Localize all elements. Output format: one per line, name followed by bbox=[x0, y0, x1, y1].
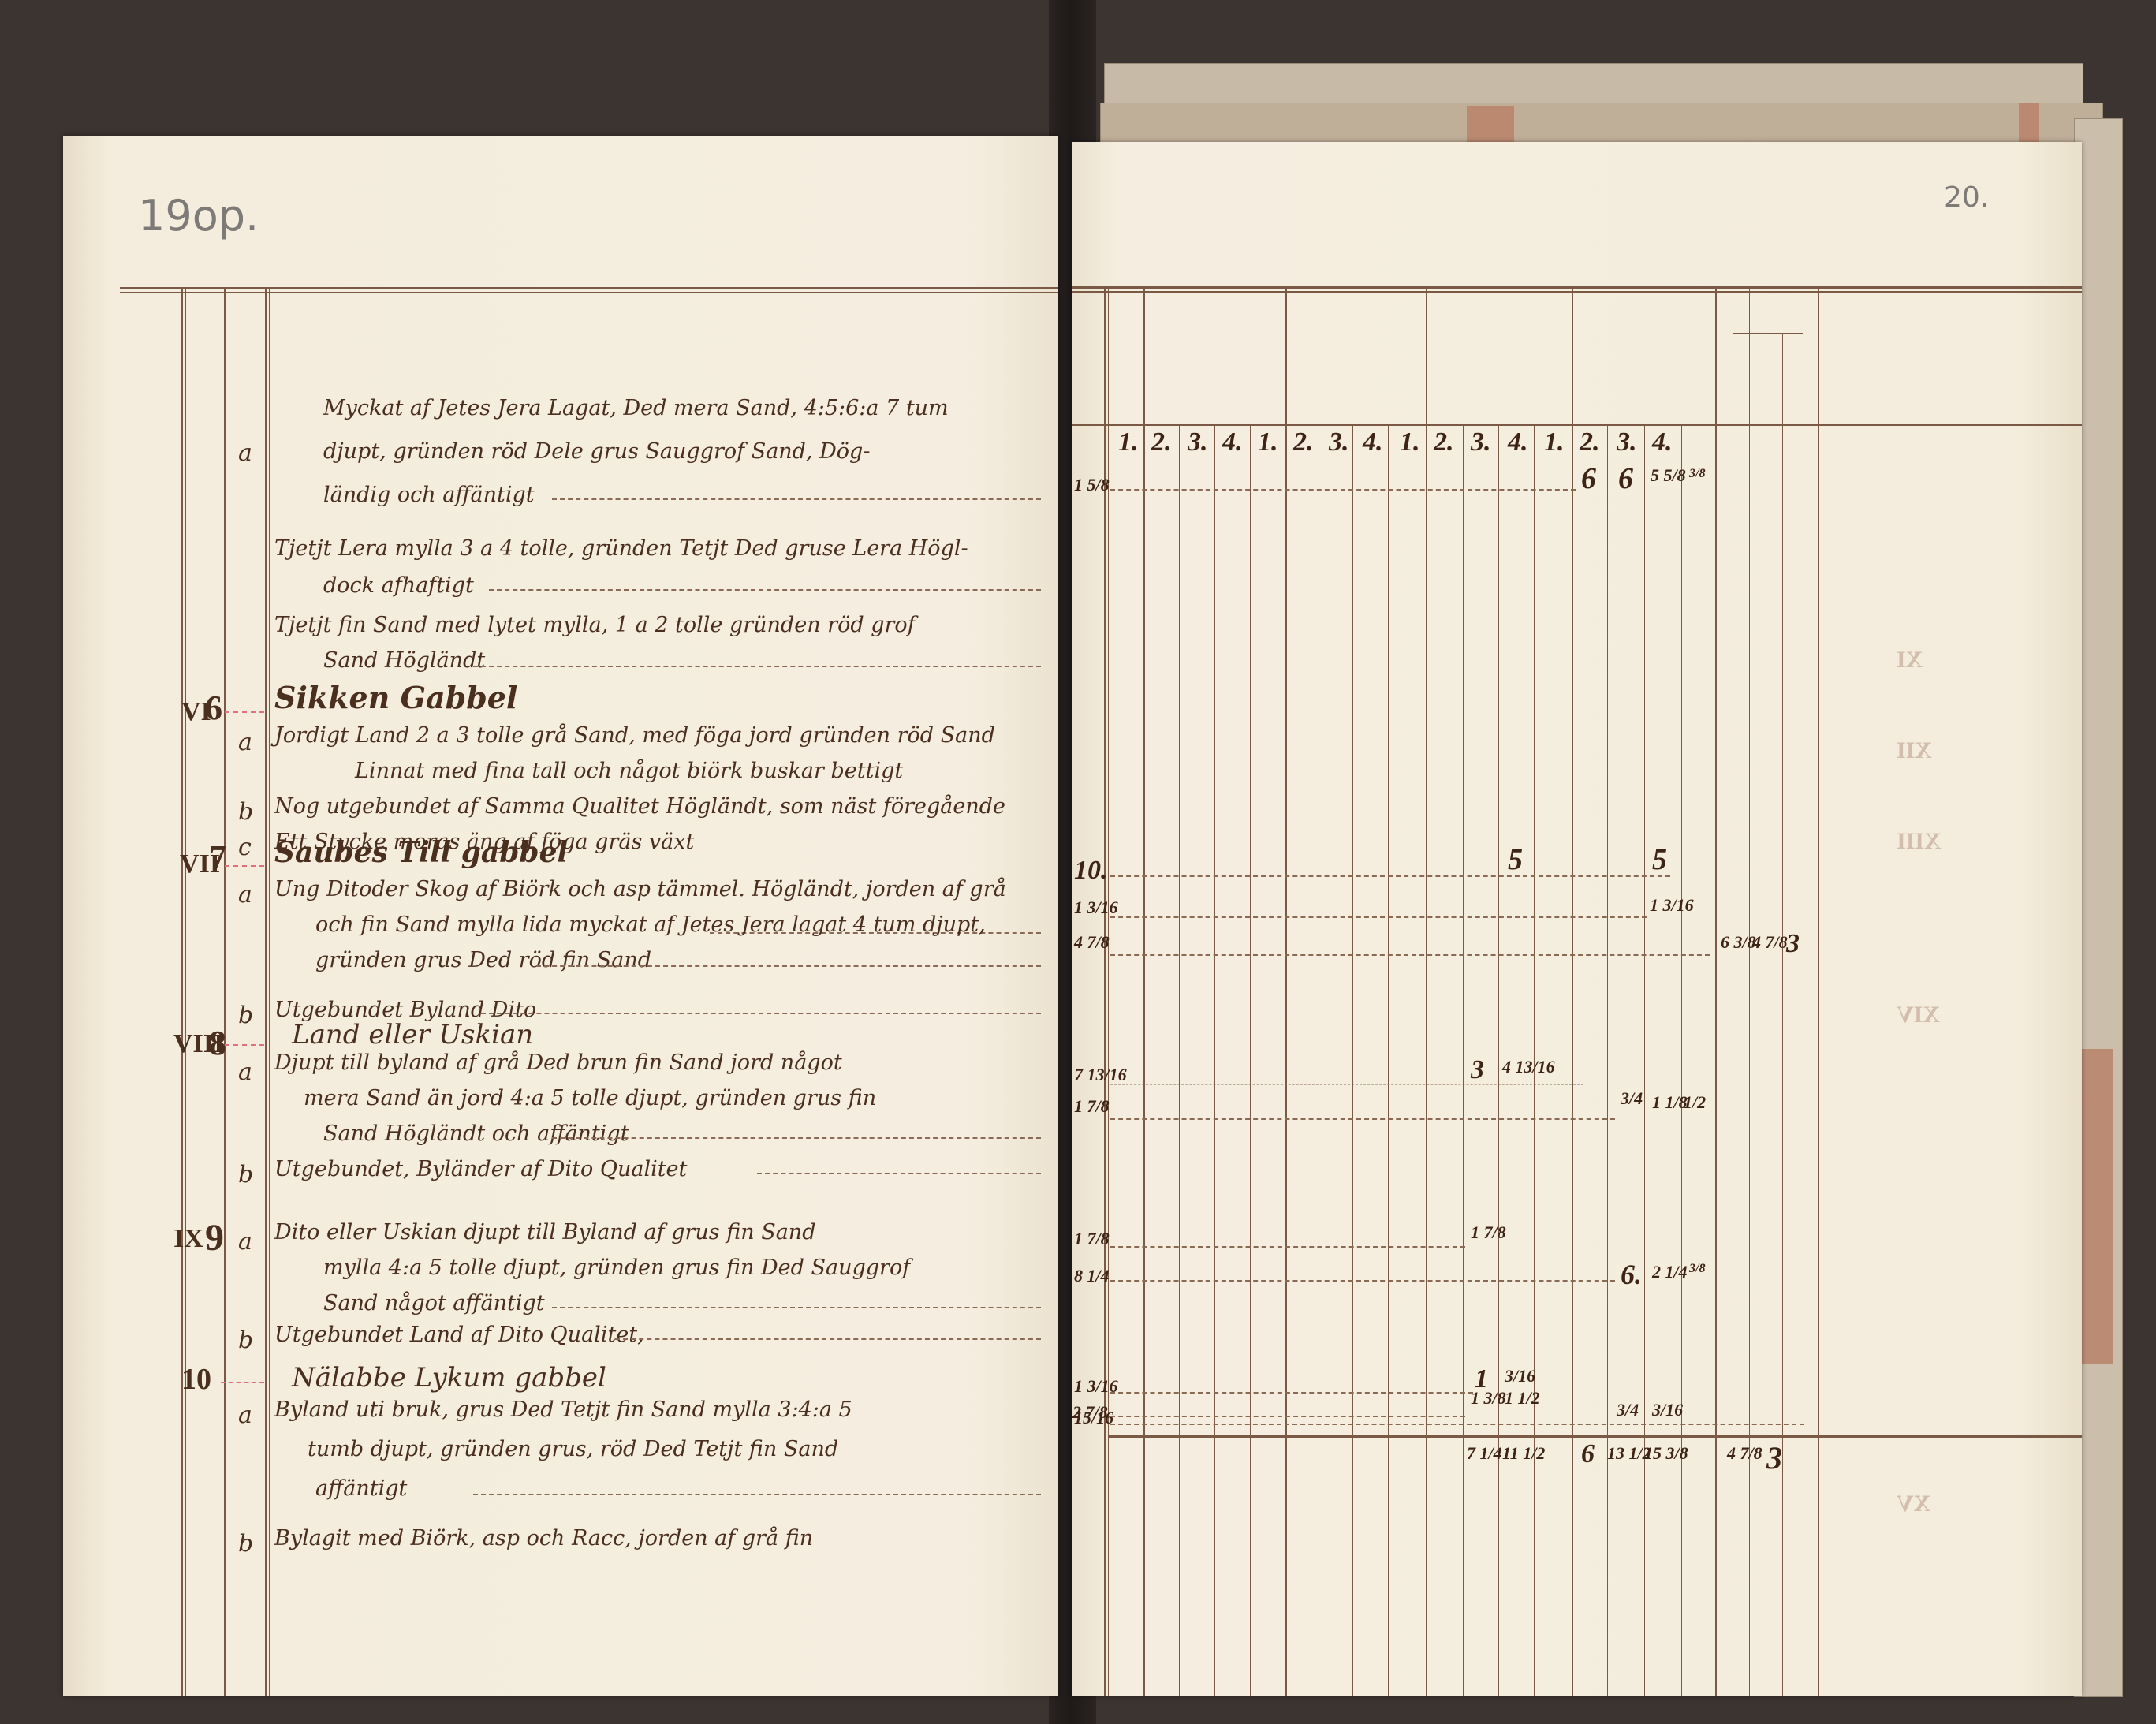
dotted-leader bbox=[1110, 1392, 1473, 1394]
dotted-leader bbox=[1110, 916, 1647, 918]
column-line bbox=[1108, 286, 1109, 1696]
column-header: 1. bbox=[1400, 427, 1420, 457]
red-leader bbox=[225, 865, 264, 867]
column-header: 2. bbox=[1151, 427, 1172, 457]
column-line bbox=[1352, 426, 1353, 1696]
cell-value: 3/8 bbox=[1689, 1262, 1705, 1276]
total-value: 7 1/4 bbox=[1467, 1443, 1502, 1464]
entry-text-line: och fin Sand mylla lida myckat af Jetes … bbox=[315, 912, 986, 937]
dotted-leader bbox=[1110, 1416, 1465, 1417]
column-line bbox=[1715, 286, 1717, 1696]
total-value: 15 3/8 bbox=[1644, 1443, 1688, 1464]
column-line bbox=[1388, 426, 1389, 1696]
item-letter: b bbox=[238, 1002, 253, 1029]
column-line bbox=[1498, 426, 1499, 1696]
row-total: 1 5/8 bbox=[1074, 475, 1110, 495]
dotted-leader bbox=[615, 1338, 1041, 1340]
entry-text-line: Nog utgebundet af Samma Qualitet Högländ… bbox=[274, 794, 1005, 819]
tape-strip bbox=[1467, 106, 1514, 142]
dotted-leader bbox=[481, 1013, 1041, 1014]
cell-value: 2 1/4 bbox=[1652, 1262, 1688, 1282]
entry-text-line: affäntigt bbox=[315, 1476, 407, 1501]
entry-text-line: Sand Högländt bbox=[323, 648, 485, 673]
entry-text-line: Utgebundet Land af Dito Qualitet, bbox=[274, 1323, 644, 1347]
section-title: Saubes Till gabbel bbox=[274, 836, 568, 869]
cell-value: 1 1/8 bbox=[1652, 1092, 1688, 1113]
cell-value: 6. bbox=[1621, 1258, 1642, 1291]
entry-text-line: mera Sand än jord 4:a 5 tolle djupt, grü… bbox=[304, 1086, 876, 1110]
entry-text-line: Tjetjt fin Sand med lytet mylla, 1 a 2 t… bbox=[274, 613, 916, 637]
dotted-leader bbox=[1110, 489, 1576, 491]
cell-value: 3/4 bbox=[1617, 1400, 1639, 1420]
bleed-through-numeral: XI bbox=[1897, 647, 1923, 674]
column-line bbox=[185, 287, 186, 1696]
row-total: 1 7/8 bbox=[1074, 1229, 1110, 1249]
column-line bbox=[1463, 426, 1464, 1696]
cell-value: 6 bbox=[1618, 461, 1633, 496]
item-letter: b bbox=[238, 1530, 253, 1558]
dotted-leader bbox=[536, 965, 1041, 967]
column-line bbox=[1818, 286, 1819, 1696]
dotted-leader bbox=[1110, 875, 1670, 877]
dotted-leader bbox=[1110, 1280, 1615, 1282]
cell-value: 1 7/8 bbox=[1471, 1222, 1506, 1243]
entry-text-line: Ung Ditoder Skog af Biörk och asp tämmel… bbox=[274, 877, 1006, 901]
cell-value: 3 bbox=[1786, 929, 1800, 959]
entry-text-line: Sand Högländt och affäntigt bbox=[323, 1121, 629, 1146]
totals-rule bbox=[1108, 1435, 2082, 1438]
bleed-through-numeral: XIV bbox=[1897, 1002, 1940, 1028]
dotted-leader bbox=[1110, 1424, 1804, 1425]
column-header: 3. bbox=[1471, 427, 1491, 457]
entry-text-line: Myckat af Jetes Jera Lagat, Ded mera San… bbox=[323, 396, 949, 420]
cell-value: 6 3/8 bbox=[1721, 932, 1756, 953]
section-title: Sikken Gabbel bbox=[274, 680, 517, 715]
dotted-leader bbox=[1110, 1084, 1583, 1085]
item-letter: b bbox=[238, 1161, 253, 1189]
red-number: 6 bbox=[205, 688, 222, 728]
row-total: 4 7/8 bbox=[1074, 932, 1110, 953]
item-letter: a bbox=[238, 1228, 252, 1256]
entry-text-line: Dito eller Uskian djupt till Byland af g… bbox=[274, 1220, 815, 1244]
column-line bbox=[181, 287, 183, 1696]
entry-text-line: mylla 4:a 5 tolle djupt, gründen grus fi… bbox=[323, 1256, 910, 1280]
dotted-leader bbox=[552, 498, 1041, 500]
cell-value: 6 bbox=[1581, 461, 1596, 496]
row-total: 1 3/16 bbox=[1074, 897, 1118, 918]
entry-text-line: Utgebundet, Byländer af Dito Qualitet bbox=[274, 1157, 687, 1181]
left-folio-number: 19op. bbox=[138, 191, 259, 241]
entry-text-line: tumb djupt, gründen grus, röd Ded Tetjt … bbox=[308, 1437, 838, 1461]
column-header: 1. bbox=[1118, 427, 1139, 457]
cell-value: 3 bbox=[1471, 1055, 1484, 1085]
entry-text-line: Tjetjt Lera mylla 3 a 4 tolle, gründen T… bbox=[274, 536, 968, 561]
dotted-leader bbox=[552, 1307, 1041, 1308]
cell-value: 3/8 bbox=[1689, 467, 1705, 481]
column-line bbox=[1285, 286, 1287, 1696]
cell-value: 5 5/8 bbox=[1651, 465, 1686, 486]
item-letter: b bbox=[238, 798, 253, 826]
column-line bbox=[1426, 286, 1427, 1696]
header-rule bbox=[1072, 286, 2082, 289]
entry-text-line: Linnat med fina tall och något biörk bus… bbox=[355, 759, 903, 783]
cell-value: 4 13/16 bbox=[1502, 1057, 1555, 1077]
column-header: 2. bbox=[1434, 427, 1454, 457]
column-header: 4. bbox=[1363, 427, 1383, 457]
item-letter: a bbox=[238, 1058, 252, 1086]
roman-numeral: IX bbox=[173, 1224, 203, 1254]
header-rule bbox=[1072, 291, 2082, 293]
column-line bbox=[1607, 426, 1608, 1696]
total-value: 11 1/2 bbox=[1502, 1443, 1545, 1464]
bleed-through-numeral: XII bbox=[1897, 737, 1932, 764]
left-page: 19op. a Myckat af Jetes Jera Lagat, Ded … bbox=[63, 136, 1058, 1696]
entry-text-line: Sand något affäntigt bbox=[323, 1291, 545, 1315]
cell-value: 1/2 bbox=[1684, 1092, 1706, 1113]
column-header: 4. bbox=[1222, 427, 1243, 457]
cell-value: 3/16 bbox=[1505, 1366, 1535, 1386]
entry-text-line: gründen grus Ded röd fin Sand bbox=[315, 948, 651, 972]
column-line bbox=[1681, 426, 1682, 1696]
subheader-rule bbox=[1072, 424, 2082, 426]
column-header: 3. bbox=[1617, 427, 1637, 457]
dotted-leader bbox=[552, 1137, 1041, 1139]
entry-text-line: Byland uti bruk, grus Ded Tetjt fin Sand… bbox=[274, 1397, 852, 1422]
cell-value: 1 3/8 bbox=[1471, 1388, 1506, 1409]
item-letter: a bbox=[238, 729, 252, 756]
item-letter: a bbox=[238, 881, 252, 909]
item-letter: c bbox=[238, 834, 252, 861]
dotted-leader bbox=[1110, 1118, 1615, 1120]
right-folio-number: 20. bbox=[1944, 181, 1989, 214]
cell-value: 3/16 bbox=[1652, 1400, 1683, 1420]
cell-value: 4 7/8 bbox=[1752, 932, 1788, 953]
column-line bbox=[1749, 286, 1750, 1696]
entry-text-line: Djupt till byland af grå Ded brun fin Sa… bbox=[274, 1050, 842, 1075]
item-letter: a bbox=[238, 439, 252, 467]
row-total: 7 13/16 bbox=[1074, 1065, 1127, 1085]
red-number: 7 bbox=[209, 838, 226, 878]
cell-value: 5 bbox=[1652, 842, 1667, 877]
entry-text-line: Bylagit med Biörk, asp och Racc, jorden … bbox=[274, 1526, 813, 1550]
row-total: 10. bbox=[1074, 856, 1108, 886]
column-line bbox=[1644, 426, 1645, 1696]
dotted-leader bbox=[757, 1173, 1041, 1174]
column-header: 3. bbox=[1188, 427, 1208, 457]
entry-text-line: dock afhaftigt bbox=[323, 573, 474, 598]
cell-value: 3/4 bbox=[1621, 1088, 1643, 1109]
row-total: 8 1/4 bbox=[1074, 1266, 1110, 1286]
total-value: 3 bbox=[1766, 1439, 1782, 1476]
column-line bbox=[269, 287, 270, 1696]
tape-strip bbox=[2082, 1049, 2113, 1364]
item-letter: a bbox=[238, 1401, 252, 1429]
column-header: 2. bbox=[1293, 427, 1314, 457]
section-title: Land eller Uskian bbox=[292, 1019, 533, 1050]
right-page: 20. 1. 2. 3. 4. 1. 2. 3. 4. 1. 2. 3. 4. … bbox=[1072, 142, 2082, 1696]
total-value: 4 7/8 bbox=[1727, 1443, 1762, 1464]
dotted-leader bbox=[489, 589, 1041, 591]
row-total: 2 7/8 bbox=[1072, 1402, 1108, 1423]
column-line bbox=[1250, 426, 1251, 1696]
red-number: 8 bbox=[209, 1023, 226, 1063]
entry-text-line: Jordigt Land 2 a 3 tolle grå Sand, med f… bbox=[274, 723, 995, 748]
cell-value: 1 3/16 bbox=[1650, 895, 1694, 916]
column-line bbox=[1179, 426, 1180, 1696]
column-line bbox=[224, 287, 226, 1696]
red-number: 10 bbox=[181, 1362, 211, 1397]
cell-value: 5 bbox=[1508, 842, 1523, 877]
cell-value: 1 1/2 bbox=[1505, 1388, 1540, 1409]
column-line bbox=[1572, 286, 1573, 1696]
red-leader bbox=[225, 711, 264, 713]
column-line bbox=[1143, 286, 1145, 1696]
dotted-leader bbox=[1110, 1246, 1465, 1248]
bleed-through-numeral: XIII bbox=[1897, 828, 1942, 855]
section-title: Nälabbe Lykum gabbel bbox=[292, 1362, 606, 1394]
total-value: 6 bbox=[1581, 1439, 1595, 1469]
dotted-leader bbox=[473, 1494, 1041, 1495]
column-line bbox=[1782, 333, 1783, 1696]
dotted-leader bbox=[473, 666, 1041, 667]
red-leader bbox=[221, 1382, 264, 1383]
column-header: 4. bbox=[1508, 427, 1528, 457]
column-line bbox=[1104, 286, 1106, 1696]
column-header: 2. bbox=[1580, 427, 1600, 457]
column-header: 1. bbox=[1544, 427, 1565, 457]
dotted-leader bbox=[1110, 954, 1710, 956]
header-rule bbox=[120, 287, 1058, 289]
column-header: 1. bbox=[1258, 427, 1278, 457]
row-total: 1 7/8 bbox=[1074, 1096, 1110, 1117]
item-letter: b bbox=[238, 1327, 253, 1354]
column-line bbox=[265, 287, 267, 1696]
mini-box-rule bbox=[1733, 333, 1803, 334]
column-header: 4. bbox=[1652, 427, 1673, 457]
header-rule bbox=[120, 292, 1058, 293]
column-line bbox=[1319, 426, 1319, 1696]
entry-text-line: ländig och affäntigt bbox=[323, 483, 535, 507]
column-header: 3. bbox=[1329, 427, 1349, 457]
row-total: 1 3/16 bbox=[1074, 1376, 1118, 1397]
bleed-through-numeral: XV bbox=[1897, 1491, 1930, 1517]
red-leader bbox=[225, 1044, 264, 1046]
red-number: 9 bbox=[205, 1216, 224, 1259]
entry-text-line: djupt, gründen röd Dele grus Sauggrof Sa… bbox=[323, 439, 870, 464]
column-line bbox=[1214, 426, 1215, 1696]
